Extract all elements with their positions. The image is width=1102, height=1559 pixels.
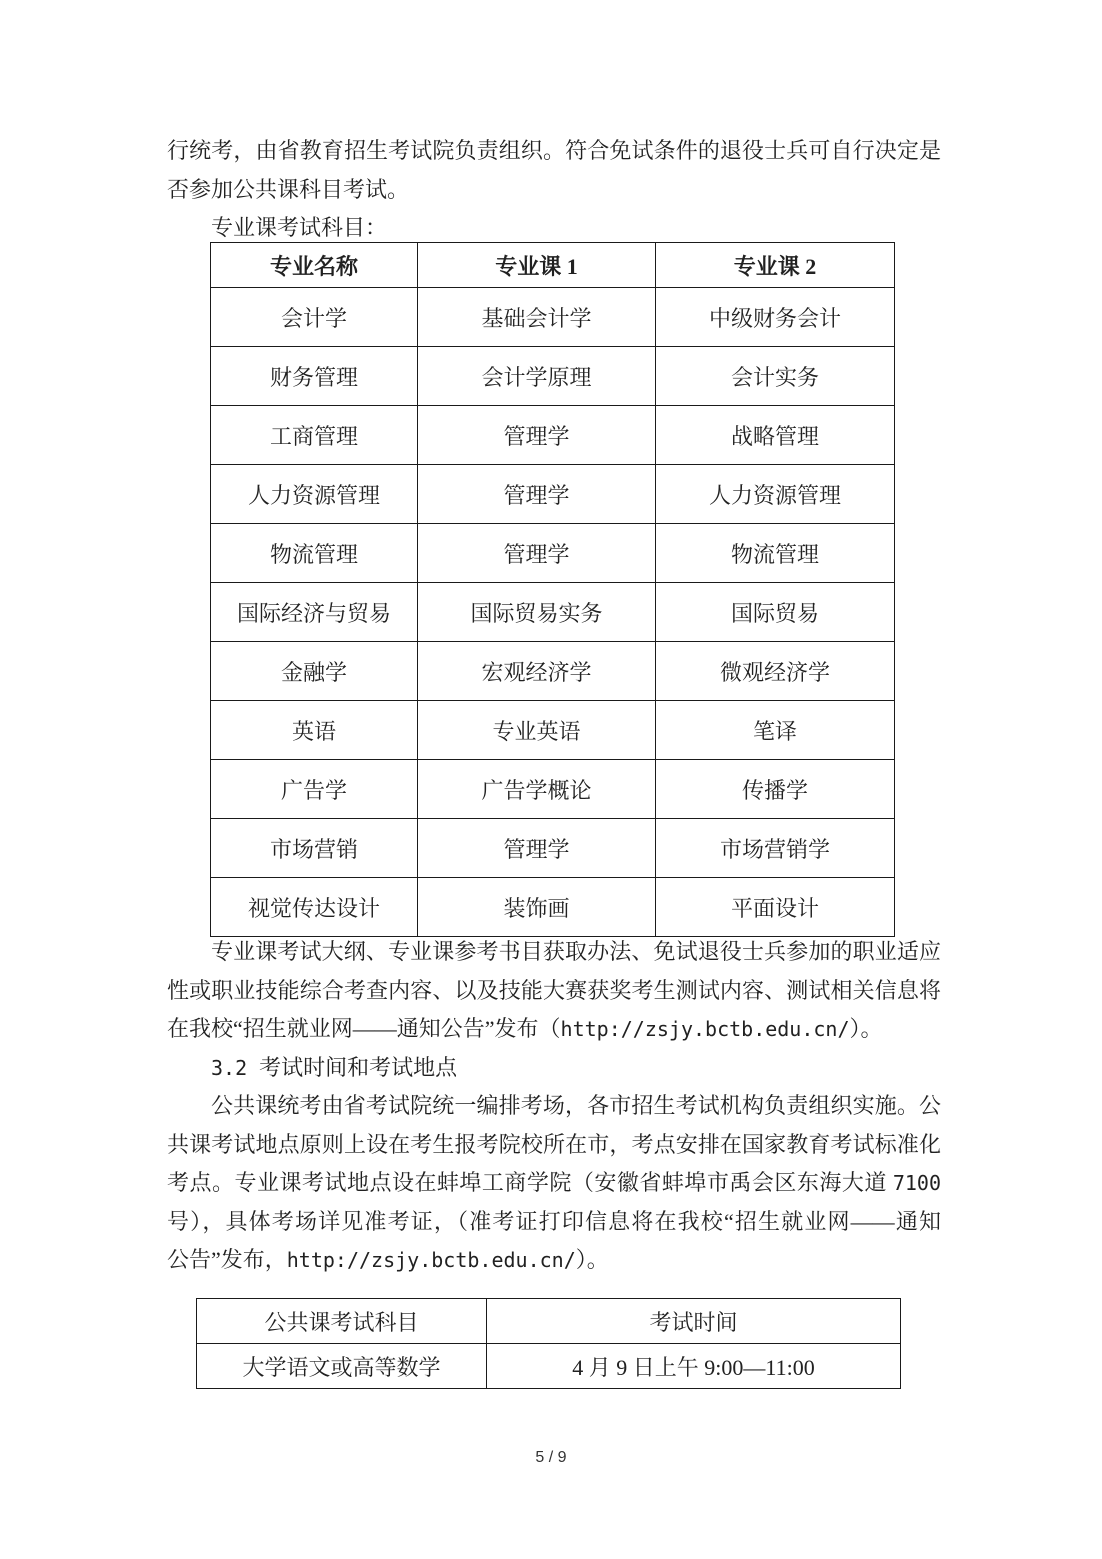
- table-cell: 工商管理: [211, 406, 418, 465]
- table-row: 英语 专业英语 笔译: [211, 701, 895, 760]
- text-line: 共课考试地点原则上设在考生报考院校所在市，考点安排在国家教育考试标准化: [167, 1126, 941, 1165]
- table-row: 大学语文或高等数学 4 月 9 日上午 9:00—11:00: [197, 1344, 901, 1389]
- text-line: 公告”发布，http://zsjy.bctb.edu.cn/）。: [167, 1241, 941, 1280]
- table-cell: 基础会计学: [418, 288, 656, 347]
- text-line: 性或职业技能综合考查内容、以及技能大赛获奖考生测试内容、测试相关信息将: [167, 972, 941, 1011]
- table-cell: 物流管理: [211, 524, 418, 583]
- section-title: 考试时间和考试地点: [259, 1055, 457, 1080]
- table-cell: 微观经济学: [656, 642, 895, 701]
- url-text: http://zsjy.bctb.edu.cn/: [561, 1017, 850, 1041]
- table-row: 物流管理 管理学 物流管理: [211, 524, 895, 583]
- table-cell: 金融学: [211, 642, 418, 701]
- table-cell: 中级财务会计: [656, 288, 895, 347]
- text-line: 公共课统考由省考试院统一编排考场，各市招生考试机构负责组织实施。公: [167, 1087, 941, 1126]
- text-line: 行统考，由省教育招生考试院负责组织。符合免试条件的退役士兵可自行决定是: [167, 132, 941, 171]
- table-cell: 会计学: [211, 288, 418, 347]
- table-row: 金融学 宏观经济学 微观经济学: [211, 642, 895, 701]
- table-cell: 笔译: [656, 701, 895, 760]
- table-cell: 广告学概论: [418, 760, 656, 819]
- text-segment: 公告”发布，: [167, 1247, 287, 1272]
- table-row: 财务管理 会计学原理 会计实务: [211, 347, 895, 406]
- table-cell: 平面设计: [656, 878, 895, 937]
- page-number: 5 / 9: [0, 1449, 1102, 1467]
- table-header-cell: 专业名称: [211, 243, 418, 288]
- table-cell: 管理学: [418, 524, 656, 583]
- street-number: 7100: [893, 1171, 941, 1195]
- table-header-cell: 专业课 2: [656, 243, 895, 288]
- subject-table: 专业名称 专业课 1 专业课 2 会计学 基础会计学 中级财务会计 财务管理 会…: [210, 242, 895, 937]
- table-cell: 财务管理: [211, 347, 418, 406]
- body-paragraphs: 专业课考试大纲、专业课参考书目获取办法、免试退役士兵参加的职业适应 性或职业技能…: [167, 933, 941, 1280]
- intro-paragraph: 行统考，由省教育招生考试院负责组织。符合免试条件的退役士兵可自行决定是 否参加公…: [167, 132, 941, 248]
- table-row: 人力资源管理 管理学 人力资源管理: [211, 465, 895, 524]
- table-header-cell: 公共课考试科目: [197, 1299, 487, 1344]
- text-line: 专业课考试大纲、专业课参考书目获取办法、免试退役士兵参加的职业适应: [167, 933, 941, 972]
- table-cell: 广告学: [211, 760, 418, 819]
- text-line: 号），具体考场详见准考证，（准考证打印信息将在我校“招生就业网——通知: [167, 1203, 941, 1242]
- table-cell: 专业英语: [418, 701, 656, 760]
- section-heading-3-2: 3.2 考试时间和考试地点: [167, 1049, 941, 1088]
- url-text: http://zsjy.bctb.edu.cn/: [287, 1248, 576, 1272]
- table-row: 国际经济与贸易 国际贸易实务 国际贸易: [211, 583, 895, 642]
- table-row: 广告学 广告学概论 传播学: [211, 760, 895, 819]
- table-cell: 管理学: [418, 465, 656, 524]
- table-header-cell: 考试时间: [487, 1299, 901, 1344]
- table-cell: 传播学: [656, 760, 895, 819]
- text-segment: ）。: [850, 1016, 883, 1041]
- table-cell: 市场营销: [211, 819, 418, 878]
- document-page: 行统考，由省教育招生考试院负责组织。符合免试条件的退役士兵可自行决定是 否参加公…: [0, 0, 1102, 1559]
- table-cell: 战略管理: [656, 406, 895, 465]
- text-segment: 考点。专业课考试地点设在蚌埠工商学院（安徽省蚌埠市禹会区东海大道: [167, 1170, 893, 1195]
- table-row: 市场营销 管理学 市场营销学: [211, 819, 895, 878]
- table-cell: 视觉传达设计: [211, 878, 418, 937]
- table-cell: 大学语文或高等数学: [197, 1344, 487, 1389]
- text-line: 否参加公共课科目考试。: [167, 171, 941, 210]
- text-line: 考点。专业课考试地点设在蚌埠工商学院（安徽省蚌埠市禹会区东海大道 7100: [167, 1164, 941, 1203]
- table-cell: 英语: [211, 701, 418, 760]
- table-cell: 国际贸易实务: [418, 583, 656, 642]
- table-cell: 装饰画: [418, 878, 656, 937]
- table-cell: 管理学: [418, 819, 656, 878]
- public-course-table: 公共课考试科目 考试时间 大学语文或高等数学 4 月 9 日上午 9:00—11…: [196, 1298, 901, 1389]
- table-row: 视觉传达设计 装饰画 平面设计: [211, 878, 895, 937]
- text-segment: ）。: [576, 1247, 609, 1272]
- table-cell: 国际经济与贸易: [211, 583, 418, 642]
- table-cell: 人力资源管理: [656, 465, 895, 524]
- table-cell: 会计实务: [656, 347, 895, 406]
- table-cell: 管理学: [418, 406, 656, 465]
- table-header-row: 专业名称 专业课 1 专业课 2: [211, 243, 895, 288]
- table-header-row: 公共课考试科目 考试时间: [197, 1299, 901, 1344]
- table-cell: 宏观经济学: [418, 642, 656, 701]
- table-cell: 市场营销学: [656, 819, 895, 878]
- text-line: 在我校“招生就业网——通知公告”发布（http://zsjy.bctb.edu.…: [167, 1010, 941, 1049]
- table-row: 会计学 基础会计学 中级财务会计: [211, 288, 895, 347]
- table-header-cell: 专业课 1: [418, 243, 656, 288]
- table-cell: 人力资源管理: [211, 465, 418, 524]
- table-cell: 4 月 9 日上午 9:00—11:00: [487, 1344, 901, 1389]
- section-number: 3.2: [211, 1056, 259, 1080]
- table-cell: 物流管理: [656, 524, 895, 583]
- table-row: 工商管理 管理学 战略管理: [211, 406, 895, 465]
- table-cell: 国际贸易: [656, 583, 895, 642]
- table-cell: 会计学原理: [418, 347, 656, 406]
- text-segment: 在我校“招生就业网——通知公告”发布（: [167, 1016, 561, 1041]
